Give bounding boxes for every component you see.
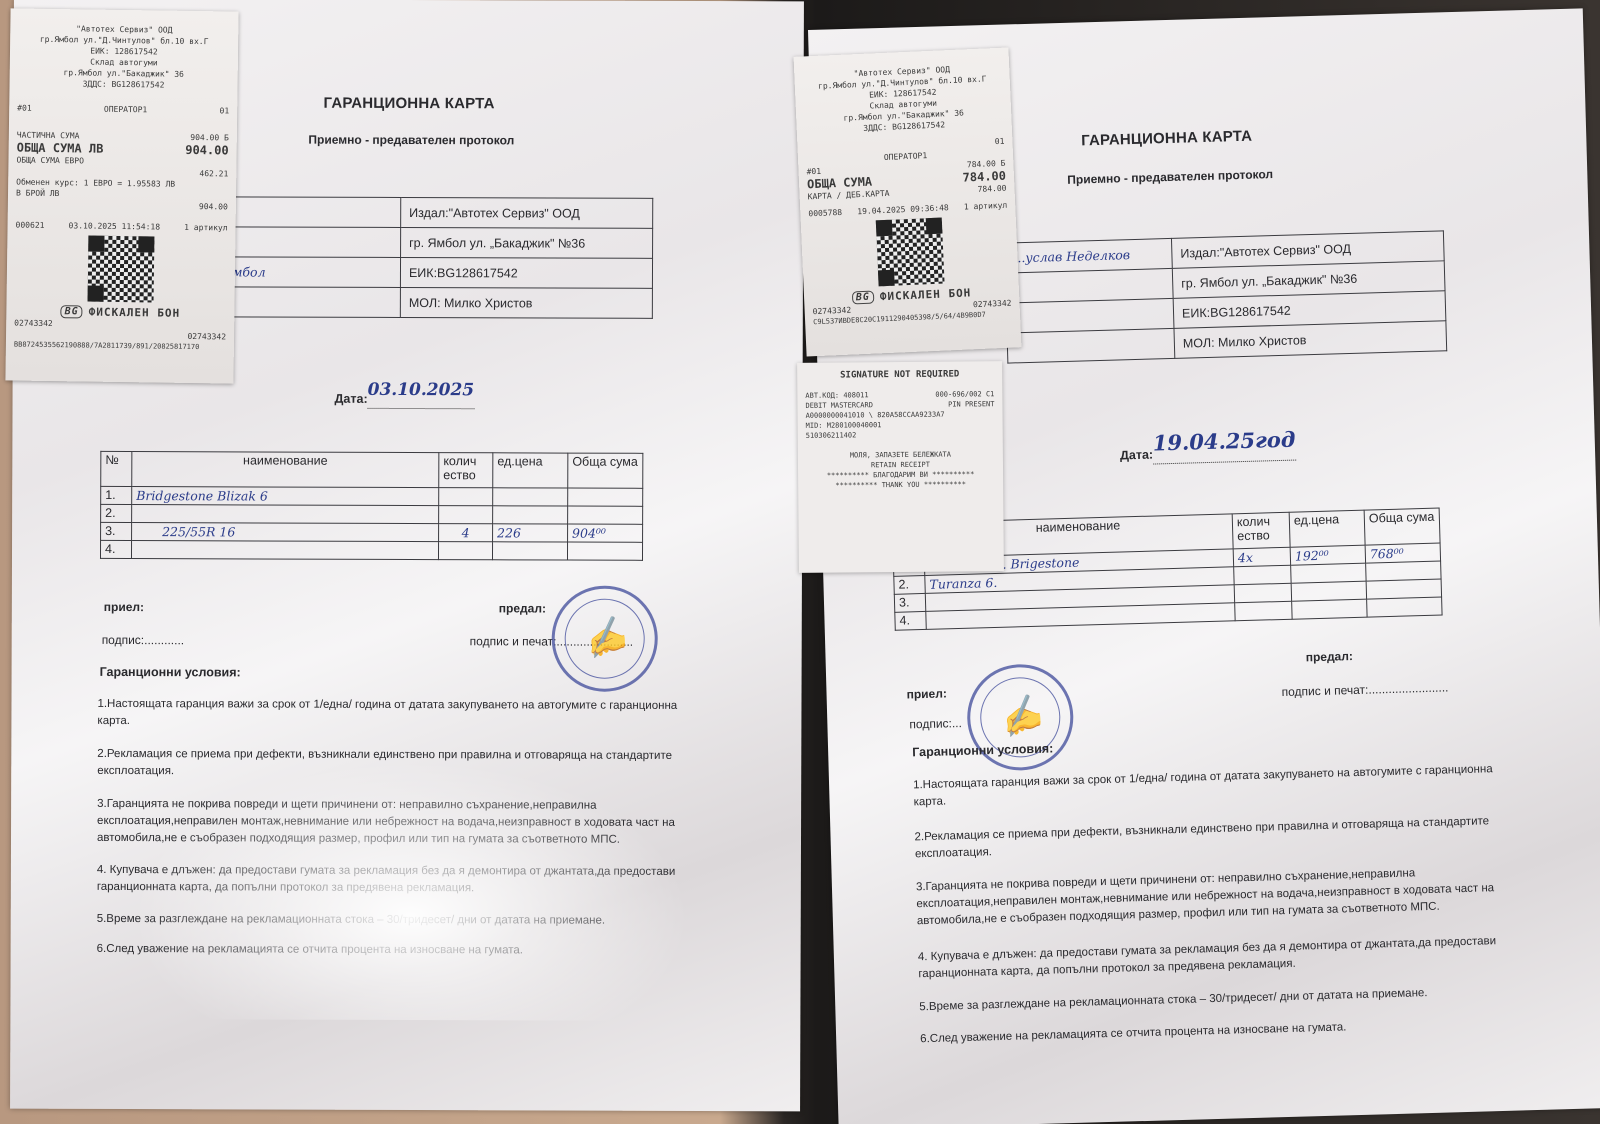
warranty-subtitle: Приемно - предавателен протокол bbox=[1067, 167, 1273, 187]
bg-logo-icon: BG bbox=[61, 305, 83, 318]
handed-label: предал: bbox=[1306, 649, 1354, 664]
date-value: 19.04.25год bbox=[1152, 427, 1295, 456]
received-label: приел: bbox=[906, 686, 947, 701]
signature-label: подпис:... bbox=[909, 716, 962, 731]
customer-handwritten: ...услав Неделков bbox=[1005, 238, 1173, 273]
condition-1: 1.Настоящата гаранция важи за срок от 1/… bbox=[97, 696, 677, 732]
table-row: 2. bbox=[101, 504, 643, 524]
warranty-title: ГАРАНЦИОННА КАРТА bbox=[1081, 128, 1252, 150]
city-handwritten: Ямбол bbox=[213, 257, 400, 288]
company-stamp: ✍ bbox=[552, 586, 658, 692]
table-row: 1.Bridgestone Blizak 6 bbox=[101, 486, 643, 506]
condition-3: 3.Гаранцията не покрива повреди и щети п… bbox=[916, 863, 1497, 930]
issuer-table: Издал:"Автотех Сервиз" ООД гр. Ямбол ул.… bbox=[213, 196, 653, 319]
received-label: приел: bbox=[104, 600, 144, 614]
items-table: № наименование колич ество ед.цена Обща … bbox=[100, 451, 643, 561]
table-row: 4. bbox=[100, 540, 642, 560]
condition-5: 5.Време за разглеждане на рекламационнат… bbox=[97, 911, 677, 930]
condition-6: 6.След уважение на рекламацията се отчит… bbox=[920, 1015, 1500, 1048]
conditions-title: Гаранционни условия: bbox=[100, 665, 241, 679]
qr-code bbox=[88, 236, 155, 303]
condition-1: 1.Настоящата гаранция важи за срок от 1/… bbox=[913, 761, 1494, 811]
date-value: 03.10.2025 bbox=[368, 380, 475, 400]
condition-4: 4. Купувача е длъжен: да предостави гума… bbox=[97, 862, 677, 898]
warranty-title: ГАРАНЦИОННА КАРТА bbox=[324, 95, 495, 113]
date-field: Дата:19.04.25год bbox=[1120, 435, 1296, 466]
condition-5: 5.Време за разглеждане на рекламационнат… bbox=[919, 983, 1499, 1016]
issuer-mol: МОЛ: Милко Христов bbox=[400, 287, 652, 318]
condition-3: 3.Гаранцията не покрива повреди и щети п… bbox=[97, 796, 677, 849]
bg-logo-icon: BG bbox=[852, 291, 875, 305]
issued-by: Издал:"Автотех Сервиз" ООД bbox=[401, 197, 653, 228]
issuer-eik: ЕИК:BG128617542 bbox=[400, 257, 652, 288]
signature-mark: ✍ bbox=[993, 691, 1047, 744]
table-row: 3.225/55R 164226904⁰⁰ bbox=[101, 522, 643, 542]
condition-6: 6.След уважение на рекламацията се отчит… bbox=[97, 941, 677, 960]
card-payment-slip: SIGNATURE NOT REQUIRED АВТ.КОД: 40801100… bbox=[797, 361, 1004, 573]
signature-stamp-label: подпис и печат:........................ bbox=[1281, 680, 1448, 699]
qr-code bbox=[875, 218, 944, 287]
issuer-table: ...услав НеделковИздал:"Автотех Сервиз" … bbox=[1004, 230, 1447, 363]
fiscal-receipt-1: "Автотех Сервиз" ООД гр.Ямбол ул."Д.Чинт… bbox=[5, 8, 238, 383]
date-field: Дата:03.10.2025 bbox=[335, 388, 475, 409]
signature-mark: ✍ bbox=[578, 613, 631, 665]
signature-label: подпис:............ bbox=[102, 633, 185, 647]
warranty-subtitle: Приемно - предавателен протокол bbox=[308, 133, 514, 148]
fiscal-receipt-2: "Автотех Сервиз" ООД гр.Ямбол ул."Д.Чинт… bbox=[794, 47, 1022, 356]
condition-2: 2.Рекламация се приема при дефекти, възн… bbox=[914, 813, 1495, 863]
issuer-mol: МОЛ: Милко Христов bbox=[1174, 321, 1447, 359]
issuer-address: гр. Ямбол ул. „Бакаджик" №36 bbox=[401, 227, 653, 258]
condition-4: 4. Купувача е длъжен: да предостави гума… bbox=[918, 933, 1499, 983]
condition-2: 2.Рекламация се приема при дефекти, възн… bbox=[97, 746, 677, 782]
handed-label: предал: bbox=[499, 601, 546, 615]
